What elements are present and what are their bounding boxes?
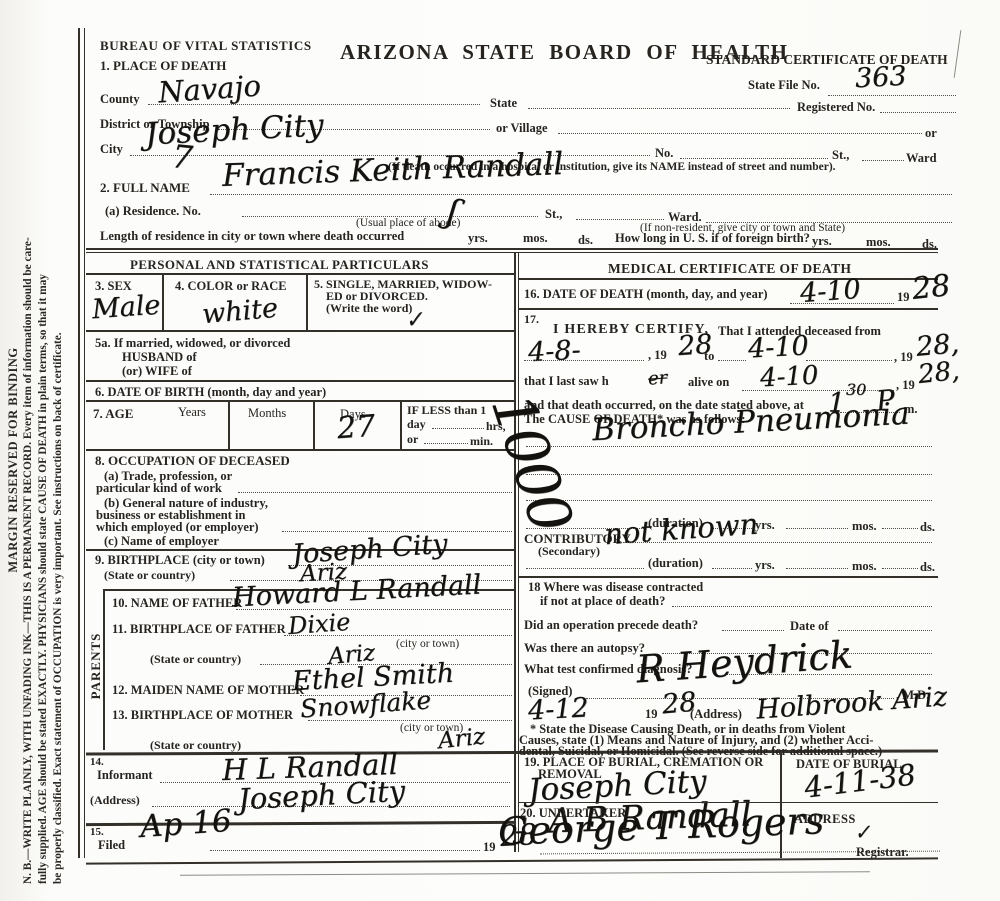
physician-signature-handwritten: R Heydrick xyxy=(635,632,854,691)
dotted-line xyxy=(524,360,644,361)
occupation-a-line2: particular kind of work xyxy=(96,481,222,496)
dotted-line xyxy=(558,133,922,134)
secondary-label: (Secondary) xyxy=(538,544,600,559)
certify-num: 17. xyxy=(524,312,539,327)
dotted-line xyxy=(432,428,484,429)
date-of-death-label: 16. DATE OF DEATH (month, day, and year) xyxy=(524,287,768,302)
if-less-label: IF LESS than 1 xyxy=(407,403,486,418)
dotted-line xyxy=(790,303,894,304)
cell-divider xyxy=(162,273,164,330)
scan-artifact xyxy=(180,871,870,876)
dotted-line xyxy=(620,542,932,543)
father-name-value-handwritten: Howard L Randall xyxy=(231,569,482,613)
dotted-line xyxy=(680,158,828,159)
dotted-line xyxy=(786,568,848,569)
column-divider xyxy=(514,252,516,852)
duration-ds: ds. xyxy=(920,560,935,575)
alive-date-handwritten: 4-10 xyxy=(759,360,819,393)
cell-divider xyxy=(306,273,308,330)
dotted-line xyxy=(786,528,848,529)
autopsy-label: Was there an autopsy? xyxy=(524,641,645,656)
age-months-header: Months xyxy=(248,406,286,421)
operation-label: Did an operation precede death? xyxy=(524,618,698,633)
physician-address-label: (Address) xyxy=(690,707,742,722)
margin-heading: MARGIN RESERVED FOR BINDING xyxy=(6,36,21,884)
date-of-birth-label: 6. DATE OF BIRTH (month, day and year) xyxy=(95,385,326,400)
alive-on-label: alive on xyxy=(688,375,729,390)
birthplace-state-label: (State or country) xyxy=(104,568,195,583)
state-file-label: State File No. xyxy=(748,78,820,93)
if-married-label: 5a. If married, widowed, or divorced xyxy=(95,336,290,351)
informant-address-value-handwritten: Joseph City xyxy=(237,774,406,817)
father-birthplace-label: 11. BIRTHPLACE OF FATHER xyxy=(112,622,286,637)
mother-birthplace-label: 13. BIRTHPLACE OF MOTHER xyxy=(112,708,293,723)
dotted-line xyxy=(576,219,664,220)
dotted-line xyxy=(672,606,932,607)
year-printed: , 19 xyxy=(896,378,915,393)
father-birthplace-city-note: (city or town) xyxy=(396,638,459,650)
dotted-line xyxy=(238,492,512,493)
father-birthplace-state-label: (State or country) xyxy=(150,652,241,667)
death-certificate-scan: MARGIN RESERVED FOR BINDING N. B.—WRITE … xyxy=(0,0,1000,901)
sign-year-printed: 19 xyxy=(645,707,658,722)
no-label: No. xyxy=(655,146,673,161)
village-or-label: or xyxy=(925,126,937,141)
cell-divider xyxy=(400,400,402,449)
age-days-value-handwritten: 27 xyxy=(336,409,377,447)
residence-label: (a) Residence. No. xyxy=(105,204,201,219)
yrs-label: yrs. xyxy=(812,234,832,249)
dotted-line xyxy=(806,360,892,361)
duration-ds: ds. xyxy=(920,520,935,535)
ward-label: Ward xyxy=(906,151,937,166)
registered-no-label: Registered No. xyxy=(797,100,875,115)
rule xyxy=(518,308,938,310)
dotted-line xyxy=(718,360,746,361)
cell-divider xyxy=(313,400,315,449)
ink-stroke: 7 xyxy=(170,137,194,177)
dotted-line xyxy=(526,568,644,569)
occupation-label: 8. OCCUPATION OF DECEASED xyxy=(95,453,290,469)
mos-label: mos. xyxy=(523,231,548,246)
rule xyxy=(86,380,514,382)
duration-label: (duration) xyxy=(648,556,703,571)
full-name-value-handwritten: Francis Keith Randall xyxy=(221,146,563,194)
birthplace-label: 9. BIRTHPLACE (city or town) xyxy=(95,553,265,568)
rule xyxy=(86,400,514,402)
occupation-b-line3: which employed (or employer) xyxy=(96,520,259,535)
dotted-line xyxy=(712,568,752,569)
occupation-c-label: (c) Name of employer xyxy=(104,534,219,549)
dotted-line xyxy=(526,474,932,475)
city-label: City xyxy=(100,142,123,157)
mother-birthplace-state-label: (State or country) xyxy=(150,738,241,753)
dod-year-handwritten: 28 xyxy=(910,268,952,307)
left-border-inner xyxy=(84,28,85,858)
undertaker-address-label: ADDRESS xyxy=(794,812,856,827)
mother-birthplace-state-value-handwritten: Ariz xyxy=(437,724,487,755)
duration-mos: mos. xyxy=(852,559,877,574)
rule xyxy=(86,857,938,864)
dotted-line xyxy=(528,108,790,109)
rule xyxy=(518,576,938,578)
dotted-line xyxy=(882,528,918,529)
cell-divider xyxy=(228,400,230,449)
bureau-label: BUREAU OF VITAL STATISTICS xyxy=(100,38,312,54)
father-name-label: 10. NAME OF FATHER xyxy=(112,596,242,611)
length-residence-label: Length of residence in city or town wher… xyxy=(100,229,404,244)
color-race-label: 4. COLOR or RACE xyxy=(175,279,287,294)
filed-num: 15. xyxy=(90,826,104,838)
dotted-line xyxy=(882,568,918,569)
attended-to-handwritten: 4-10 xyxy=(747,330,809,364)
filed-label: Filed xyxy=(98,838,125,853)
left-border-outer xyxy=(78,28,80,858)
alive-year-handwritten: 28, xyxy=(917,356,961,390)
county-label: County xyxy=(100,92,140,107)
full-name-label: 2. FULL NAME xyxy=(100,180,190,196)
residence-st-label: St., xyxy=(545,207,562,222)
year-printed: , 19 xyxy=(648,348,667,363)
parents-side-label: PARENTS xyxy=(88,626,104,706)
dotted-line xyxy=(526,446,932,447)
wife-of-label: (or) WIFE of xyxy=(122,364,192,379)
county-value-handwritten: Navajo xyxy=(157,68,262,109)
certificate-title: STANDARD CERTIFICATE OF DEATH xyxy=(706,52,948,68)
age-label: 7. AGE xyxy=(93,406,133,422)
filed-year-printed: 19 xyxy=(483,840,496,855)
scan-artifact xyxy=(954,30,962,78)
date-of-label: Date of xyxy=(790,619,829,634)
margin-line: be properly classified. Exact statement … xyxy=(51,36,66,884)
village-label: or Village xyxy=(496,121,548,136)
dotted-line xyxy=(210,850,480,851)
ds-label: ds. xyxy=(578,233,593,248)
dotted-line xyxy=(210,194,952,195)
attended-from-handwritten: 4-8- xyxy=(527,335,581,369)
informant-label: Informant xyxy=(97,768,153,783)
physician-address-value-handwritten: Holbrook Ariz xyxy=(755,681,948,725)
rule xyxy=(518,278,938,280)
dod-year-printed: 19 xyxy=(897,290,910,305)
foreign-birth-label: How long in U. S. if of foreign birth? xyxy=(615,231,810,246)
city-value-handwritten: Joseph City xyxy=(144,107,324,152)
informant-num: 14. xyxy=(90,756,104,768)
age-years-header: Years xyxy=(178,405,206,420)
state-file-value-handwritten: 363 xyxy=(854,61,907,95)
sex-value-handwritten: Male xyxy=(91,290,161,326)
dotted-line xyxy=(838,630,932,631)
duration-yrs: yrs. xyxy=(755,558,775,573)
filed-date-handwritten: Ap 16 xyxy=(139,803,233,845)
day-label: day xyxy=(407,417,426,432)
contributory-value-handwritten: not known xyxy=(603,507,759,552)
husband-of-label: HUSBAND of xyxy=(122,350,197,365)
disease-contracted-line2: if not at place of death? xyxy=(540,594,665,609)
color-value-handwritten: white xyxy=(201,293,279,331)
state-label: State xyxy=(490,96,517,111)
to-label: to xyxy=(704,349,714,364)
yrs-label: yrs. xyxy=(468,231,488,246)
rule xyxy=(86,449,514,451)
personal-section-title: PERSONAL AND STATISTICAL PARTICULARS xyxy=(130,257,429,273)
or-label: or xyxy=(407,432,418,447)
dotted-line xyxy=(862,160,904,161)
margin-line: N. B.—WRITE PLAINLY, WITH UNFADING INK—T… xyxy=(21,36,36,884)
time-minutes-handwritten: 30 xyxy=(846,380,866,399)
column-divider xyxy=(518,252,519,852)
duration-mos: mos. xyxy=(852,519,877,534)
address-checkmark: ✓ xyxy=(853,819,872,845)
struck-word-handwritten: er xyxy=(647,367,668,389)
father-birthplace-value-handwritten: Dixie xyxy=(287,608,351,640)
disease-contracted-line1: 18 Where was disease contracted xyxy=(528,580,703,595)
rule xyxy=(86,248,938,250)
rule xyxy=(86,252,938,253)
marital-label-line3: (Write the word) xyxy=(326,301,412,316)
informant-address-label: (Address) xyxy=(90,793,140,808)
dotted-line xyxy=(424,443,468,444)
margin-line: fully supplied. AGE should be stated EXA… xyxy=(36,36,51,884)
rule xyxy=(86,273,514,275)
year-printed: , 19 xyxy=(894,350,913,365)
dotted-line xyxy=(526,500,932,501)
dotted-line xyxy=(880,112,956,113)
rule xyxy=(86,330,514,332)
medical-section-title: MEDICAL CERTIFICATE OF DEATH xyxy=(608,261,851,277)
mother-name-label: 12. MAIDEN NAME OF MOTHER xyxy=(112,683,304,698)
dotted-line xyxy=(722,630,784,631)
binding-margin-note: MARGIN RESERVED FOR BINDING N. B.—WRITE … xyxy=(6,36,68,884)
dotted-line xyxy=(828,95,956,96)
